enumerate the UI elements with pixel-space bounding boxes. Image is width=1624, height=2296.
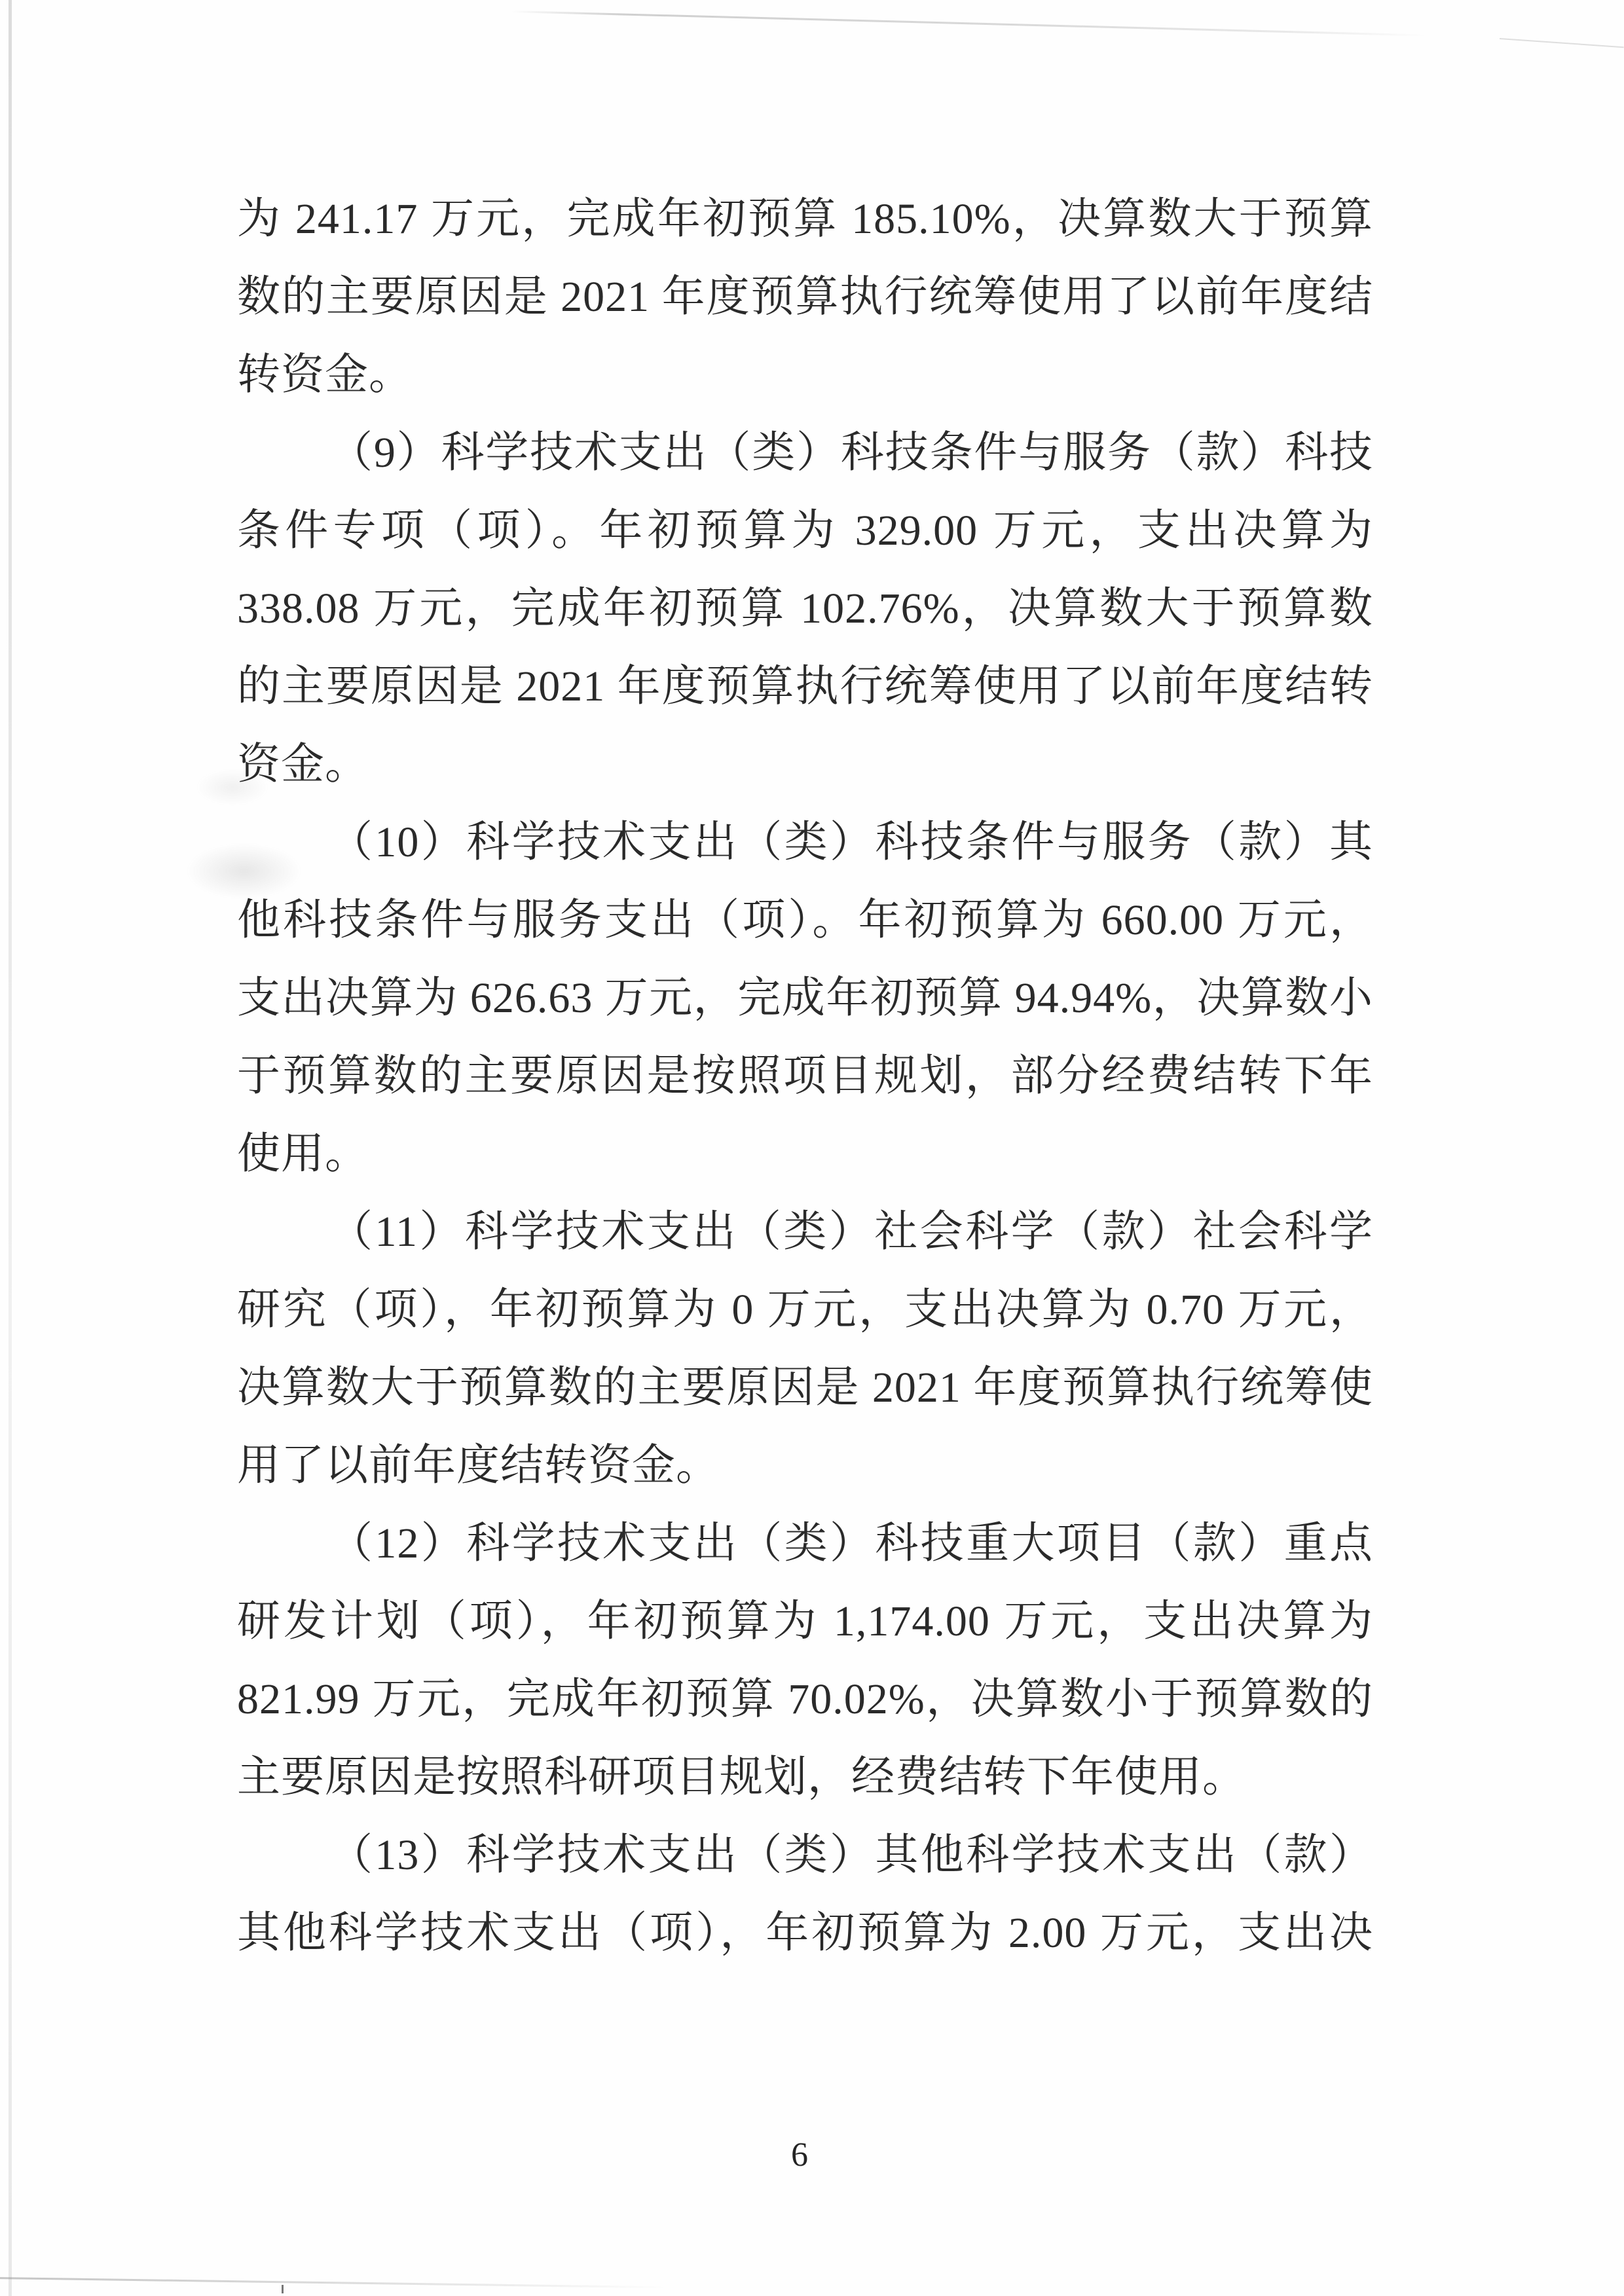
text-line: 数的主要原因是 2021 年度预算执行统筹使用了以前年度结: [237, 258, 1373, 336]
scanner-edge-artifact: [9, 0, 12, 2296]
text-line: 资金。: [237, 725, 1373, 803]
text-line: 研究（项），年初预算为 0 万元，支出决算为 0.70 万元，: [237, 1271, 1373, 1349]
scan-streak-top-artifact: [511, 10, 1428, 37]
text-line: （12）科学技术支出（类）科技重大项目（款）重点: [237, 1504, 1373, 1582]
text-line: 于预算数的主要原因是按照项目规划，部分经费结转下年: [237, 1037, 1373, 1115]
paragraph: （12）科学技术支出（类）科技重大项目（款）重点研发计划（项），年初预算为 1,…: [237, 1504, 1373, 1816]
scan-streak-top-right-artifact: [1500, 38, 1624, 48]
paragraph: （10）科学技术支出（类）科技条件与服务（款）其他科技条件与服务支出（项）。年初…: [237, 803, 1373, 1193]
text-line: 的主要原因是 2021 年度预算执行统筹使用了以前年度结转: [237, 647, 1373, 725]
text-line: 使用。: [237, 1115, 1373, 1193]
paragraph: 为 241.17 万元，完成年初预算 185.10%，决算数大于预算数的主要原因…: [237, 180, 1373, 414]
text-line: 主要原因是按照科研项目规划，经费结转下年使用。: [237, 1738, 1373, 1816]
document-body: 为 241.17 万元，完成年初预算 185.10%，决算数大于预算数的主要原因…: [237, 180, 1373, 1972]
text-line: 研发计划（项），年初预算为 1,174.00 万元，支出决算为: [237, 1582, 1373, 1660]
text-line: 821.99 万元，完成年初预算 70.02%，决算数小于预算数的: [237, 1660, 1373, 1738]
text-line: （13）科学技术支出（类）其他科学技术支出（款）: [237, 1816, 1373, 1894]
text-line: （11）科学技术支出（类）社会科学（款）社会科学: [237, 1193, 1373, 1271]
text-line: 支出决算为 626.63 万元，完成年初预算 94.94%，决算数小: [237, 959, 1373, 1037]
text-line: （9）科学技术支出（类）科技条件与服务（款）科技: [237, 414, 1373, 492]
text-line: 他科技条件与服务支出（项）。年初预算为 660.00 万元，: [237, 881, 1373, 959]
text-line: 决算数大于预算数的主要原因是 2021 年度预算执行统筹使: [237, 1349, 1373, 1427]
scanned-document-page: 为 241.17 万元，完成年初预算 185.10%，决算数大于预算数的主要原因…: [0, 0, 1624, 2296]
paragraph: （9）科学技术支出（类）科技条件与服务（款）科技条件专项（项）。年初预算为 32…: [237, 414, 1373, 803]
text-line: 转资金。: [237, 336, 1373, 414]
scan-tick-artifact: [282, 2285, 284, 2293]
text-line: 其他科学技术支出（项），年初预算为 2.00 万元，支出决: [237, 1894, 1373, 1972]
text-line: （10）科学技术支出（类）科技条件与服务（款）其: [237, 803, 1373, 881]
scan-streak-bottom-artifact: [0, 2277, 668, 2288]
paragraph: （11）科学技术支出（类）社会科学（款）社会科学研究（项），年初预算为 0 万元…: [237, 1193, 1373, 1504]
page-number: 6: [0, 2137, 1612, 2174]
text-line: 条件专项（项）。年初预算为 329.00 万元，支出决算为: [237, 492, 1373, 570]
paragraph: （13）科学技术支出（类）其他科学技术支出（款）其他科学技术支出（项），年初预算…: [237, 1816, 1373, 1972]
text-line: 为 241.17 万元，完成年初预算 185.10%，决算数大于预算: [237, 180, 1373, 258]
text-line: 用了以前年度结转资金。: [237, 1427, 1373, 1504]
text-line: 338.08 万元，完成年初预算 102.76%，决算数大于预算数: [237, 570, 1373, 647]
